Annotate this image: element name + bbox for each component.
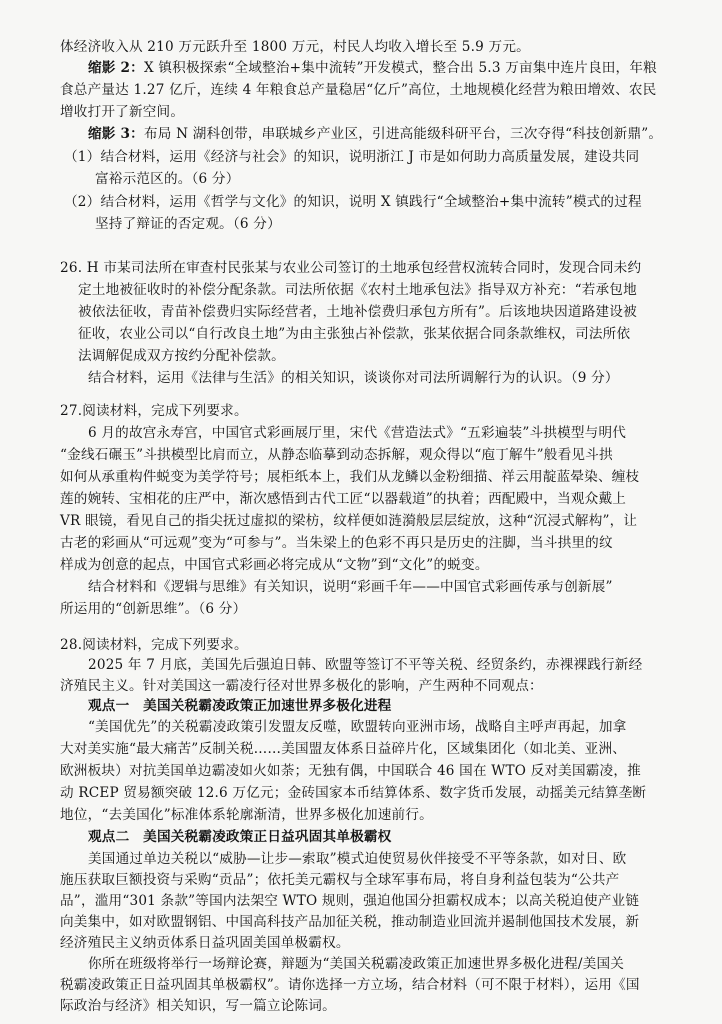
question-27-prompt: 结合材料和《逻辑与思维》有关知识，说明“彩画千年——中国官式彩画传承与创新展”	[88, 578, 613, 596]
shadow2-label: 缩影 2：	[88, 60, 144, 76]
sub-question-1: （1）结合材料，运用《经济与社会》的知识，说明浙江 J 市是如何助力高质量发展，…	[64, 148, 639, 166]
paragraph-line: 税霸凌政策正日益巩固其单极霸权”。请你选择一方立场，结合材料（可不限于材料），运…	[60, 976, 640, 994]
paragraph-line: 美国通过单边关税以“威胁—让步—索取”模式迫使贸易伙伴接受不平等条款，如对日、欧	[88, 850, 626, 868]
paragraph-line: 品”，滥用“301 条款”等国内法架空 WTO 规则，强迫他国分担霸权成本；以高…	[60, 892, 639, 910]
exam-page: 体经济收入从 210 万元跃升至 1800 万元，村民人均收入增长至 5.9 万…	[0, 0, 722, 1024]
paragraph-line: 体经济收入从 210 万元跃升至 1800 万元，村民人均收入增长至 5.9 万…	[60, 38, 530, 56]
shadow3-line: 缩影 3：布局 N 湖科创带，串联城乡产业区，引进高能级科研平台，三次夺得“科技…	[88, 125, 662, 143]
paragraph-line: 际政治与经济》相关知识，写一篇立论陈词。	[60, 997, 336, 1015]
paragraph-line: 向美集中，如对欧盟钢铝、中国高科技产品加征关税，推动制造业回流并遏制他国技术发展…	[60, 913, 639, 931]
paragraph-line: 样成为创意的起点，中国官式彩画必将完成从“文物”到“文化”的蜕变。	[60, 556, 489, 574]
paragraph-line: 增收打开了新空间。	[60, 103, 184, 121]
paragraph-line: 征收，农业公司以“自行改良土地”为由主张独占补偿款，张某依据合同条款维权，司法所…	[78, 325, 630, 343]
paragraph-line: 地位，“去美国化”标准体系轮廓渐清，世界多极化加速前行。	[60, 806, 433, 824]
paragraph-line: “美国优先”的关税霸凌政策引发盟友反噬，欧盟转向亚洲市场，战略自主呼声再起，加拿	[88, 718, 626, 736]
paragraph-line: 被依法征收，青苗补偿费归实际经营者，土地补偿费归承包方所有”。后该地块因道路建设…	[78, 303, 637, 321]
paragraph-line: 2025 年 7 月底，美国先后强迫日韩、欧盟等签订不平等关税、经贸条约，赤裸裸…	[88, 656, 642, 674]
paragraph-line: 动 RCEP 贸易额突破 12.6 万亿元；金砖国家本币结算体系、数字货币发展，…	[60, 784, 646, 802]
paragraph-line: 古老的彩画从“可远观”变为“可参与”。当朱梁上的色彩不再只是历史的注脚，当斗拱里…	[60, 534, 613, 552]
question-26-line: 26. H 市某司法所在审查村民张某与农业公司签订的土地承包经营权流转合同时，发…	[60, 259, 641, 277]
shadow3-label: 缩影 3：	[88, 126, 144, 142]
paragraph-line: 所运用的“创新思维”。（6 分）	[60, 600, 246, 618]
paragraph-line: 6 月的故宫永寿宫，中国官式彩画展厅里，宋代《营造法式》“五彩遍装”斗拱模型与明…	[88, 424, 626, 442]
paragraph-line: “金线石碾玉”斗拱模型比肩而立，从静态临摹到动态拆解，观众得以“庖丁解牛”般看见…	[60, 446, 613, 464]
paragraph-line: 如何从承重构件蜕变为美学符号；展柜纸本上，我们从龙鳞以金粉细描、祥云用靛蓝晕染、…	[60, 468, 639, 486]
paragraph-line: VR 眼镜，看见自己的指尖抚过虚拟的梁枋，纹样便如涟漪般层层绽放，这种“沉浸式解…	[60, 512, 637, 530]
paragraph-line: 大对美实施“最大痛苦”反制关税……美国盟友体系日益碎片化，区域集团化（如北美、亚…	[60, 740, 626, 758]
question-28-title: 28.阅读材料，完成下列要求。	[60, 636, 248, 654]
paragraph-line: 施压获取巨额投资与采购“贡品”；依托美元霸权与全球军事布局，将自身利益包装为“公…	[60, 871, 619, 889]
paragraph-line: 食总产量达 1.27 亿斤，连续 4 年粮食总产量稳居“亿斤”高位，土地规模化经…	[60, 81, 656, 99]
paragraph-line: 定土地被征收时的补偿分配条款。司法所依据《农村土地承包法》指导双方补充：“若承包…	[78, 281, 637, 299]
shadow2-line: 缩影 2：X 镇积极探索“全域整治+集中流转”开发模式，整合出 5.3 万亩集中…	[88, 59, 657, 77]
paragraph-line: 富裕示范区的。（6 分）	[95, 170, 240, 188]
paragraph-line: 经济殖民主义纳贡体系日益巩固美国单极霸权。	[60, 934, 350, 952]
paragraph-line: 法调解促成双方按约分配补偿款。	[78, 347, 285, 365]
paragraph-line: 济殖民主义。针对美国这一霸凌行径对世界多极化的影响，产生两种不同观点：	[60, 677, 543, 695]
question-26-prompt: 结合材料，运用《法律与生活》的相关知识，谈谈你对司法所调解行为的认识。（9 分）	[88, 369, 619, 387]
sub-question-2: （2）结合材料，运用《哲学与文化》的知识，说明 X 镇践行“全域整治+集中流转”…	[64, 193, 642, 211]
paragraph-line: 欧洲板块）对抗美国单边霸凌如火如荼；无独有偶，中国联合 46 国在 WTO 反对…	[60, 762, 641, 780]
paragraph-line: 坚持了辩证的否定观。（6 分）	[95, 215, 281, 233]
view1-heading: 观点一 美国关税霸凌政策正加速世界多极化进程	[88, 697, 391, 715]
question-27-title: 27.阅读材料，完成下列要求。	[60, 402, 248, 420]
paragraph-line: 莲的婉转、宝相花的庄严中，渐次感悟到古代工匠“以器载道”的执着；西配殿中，当观众…	[60, 490, 626, 508]
paragraph-line: 你所在班级将举行一场辩论赛，辩题为“美国关税霸凌政策正加速世界多极化进程/美国关	[88, 955, 624, 973]
view2-heading: 观点二 美国关税霸凌政策正日益巩固其单极霸权	[88, 828, 391, 846]
